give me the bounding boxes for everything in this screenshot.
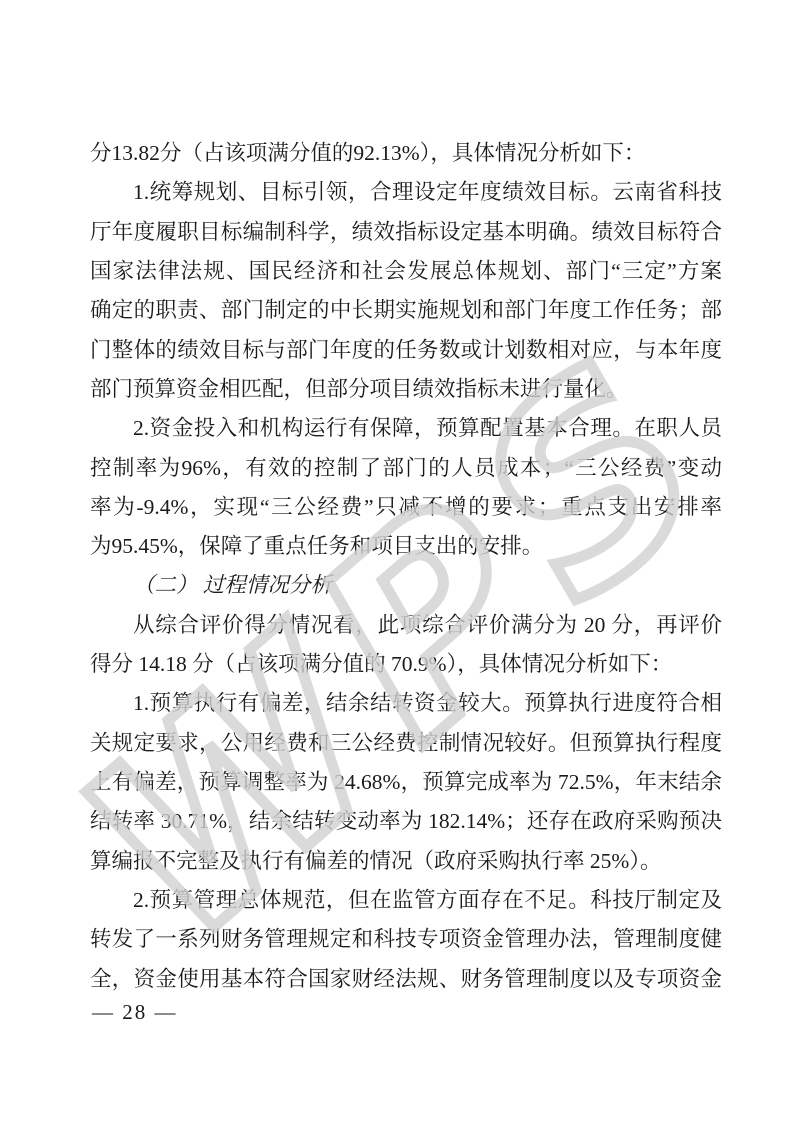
text-line: 率为-9.4%，实现“三公经费”只减不增的要求；重点支出安排率 bbox=[90, 488, 722, 527]
text-line: 1.预算执行有偏差，结余结转资金较大。预算执行进度符合相 bbox=[90, 684, 722, 723]
text-line: （二） 过程情况分析 bbox=[90, 566, 722, 605]
text-line: 2.资金投入和机构运行有保障，预算配置基本合理。在职人员 bbox=[90, 409, 722, 448]
text-line: 得分 14.18 分（占该项满分值的 70.9%），具体情况分析如下： bbox=[90, 645, 722, 684]
text-line: 门整体的绩效目标与部门年度的任务数或计划数相对应，与本年度 bbox=[90, 331, 722, 370]
text-line: 结转率 30.71%，结余结转变动率为 182.14%；还存在政府采购预决 bbox=[90, 802, 722, 841]
text-line: 确定的职责、部门制定的中长期实施规划和部门年度工作任务；部 bbox=[90, 291, 722, 330]
text-line: 厅年度履职目标编制科学，绩效指标设定基本明确。绩效目标符合 bbox=[90, 213, 722, 252]
text-line: 算编报不完整及执行有偏差的情况（政府采购执行率 25%）。 bbox=[90, 842, 722, 881]
text-line: 1.统筹规划、目标引领，合理设定年度绩效目标。云南省科技 bbox=[90, 173, 722, 212]
text-line: 控制率为96%，有效的控制了部门的人员成本；“三公经费”变动 bbox=[90, 449, 722, 488]
text-line: 部门预算资金相匹配，但部分项目绩效指标未进行量化。 bbox=[90, 370, 722, 409]
document-body: 分13.82分（占该项满分值的92.13%），具体情况分析如下：1.统筹规划、目… bbox=[90, 134, 722, 999]
text-line: 关规定要求，公用经费和三公经费控制情况较好。但预算执行程度 bbox=[90, 724, 722, 763]
text-line: 上有偏差，预算调整率为 24.68%，预算完成率为 72.5%，年末结余 bbox=[90, 763, 722, 802]
text-line: 转发了一系列财务管理规定和科技专项资金管理办法，管理制度健 bbox=[90, 920, 722, 959]
document-page: 分13.82分（占该项满分值的92.13%），具体情况分析如下：1.统筹规划、目… bbox=[0, 0, 793, 1122]
page-number: — 28 — bbox=[92, 1000, 178, 1025]
text-line: 分13.82分（占该项满分值的92.13%），具体情况分析如下： bbox=[90, 134, 722, 173]
text-line: 国家法律法规、国民经济和社会发展总体规划、部门“三定”方案 bbox=[90, 252, 722, 291]
text-line: 从综合评价得分情况看，此项综合评价满分为 20 分，再评价 bbox=[90, 606, 722, 645]
text-line: 全，资金使用基本符合国家财经法规、财务管理制度以及专项资金 bbox=[90, 960, 722, 999]
text-line: 为95.45%，保障了重点任务和项目支出的安排。 bbox=[90, 527, 722, 566]
text-line: 2.预算管理总体规范，但在监管方面存在不足。科技厅制定及 bbox=[90, 881, 722, 920]
